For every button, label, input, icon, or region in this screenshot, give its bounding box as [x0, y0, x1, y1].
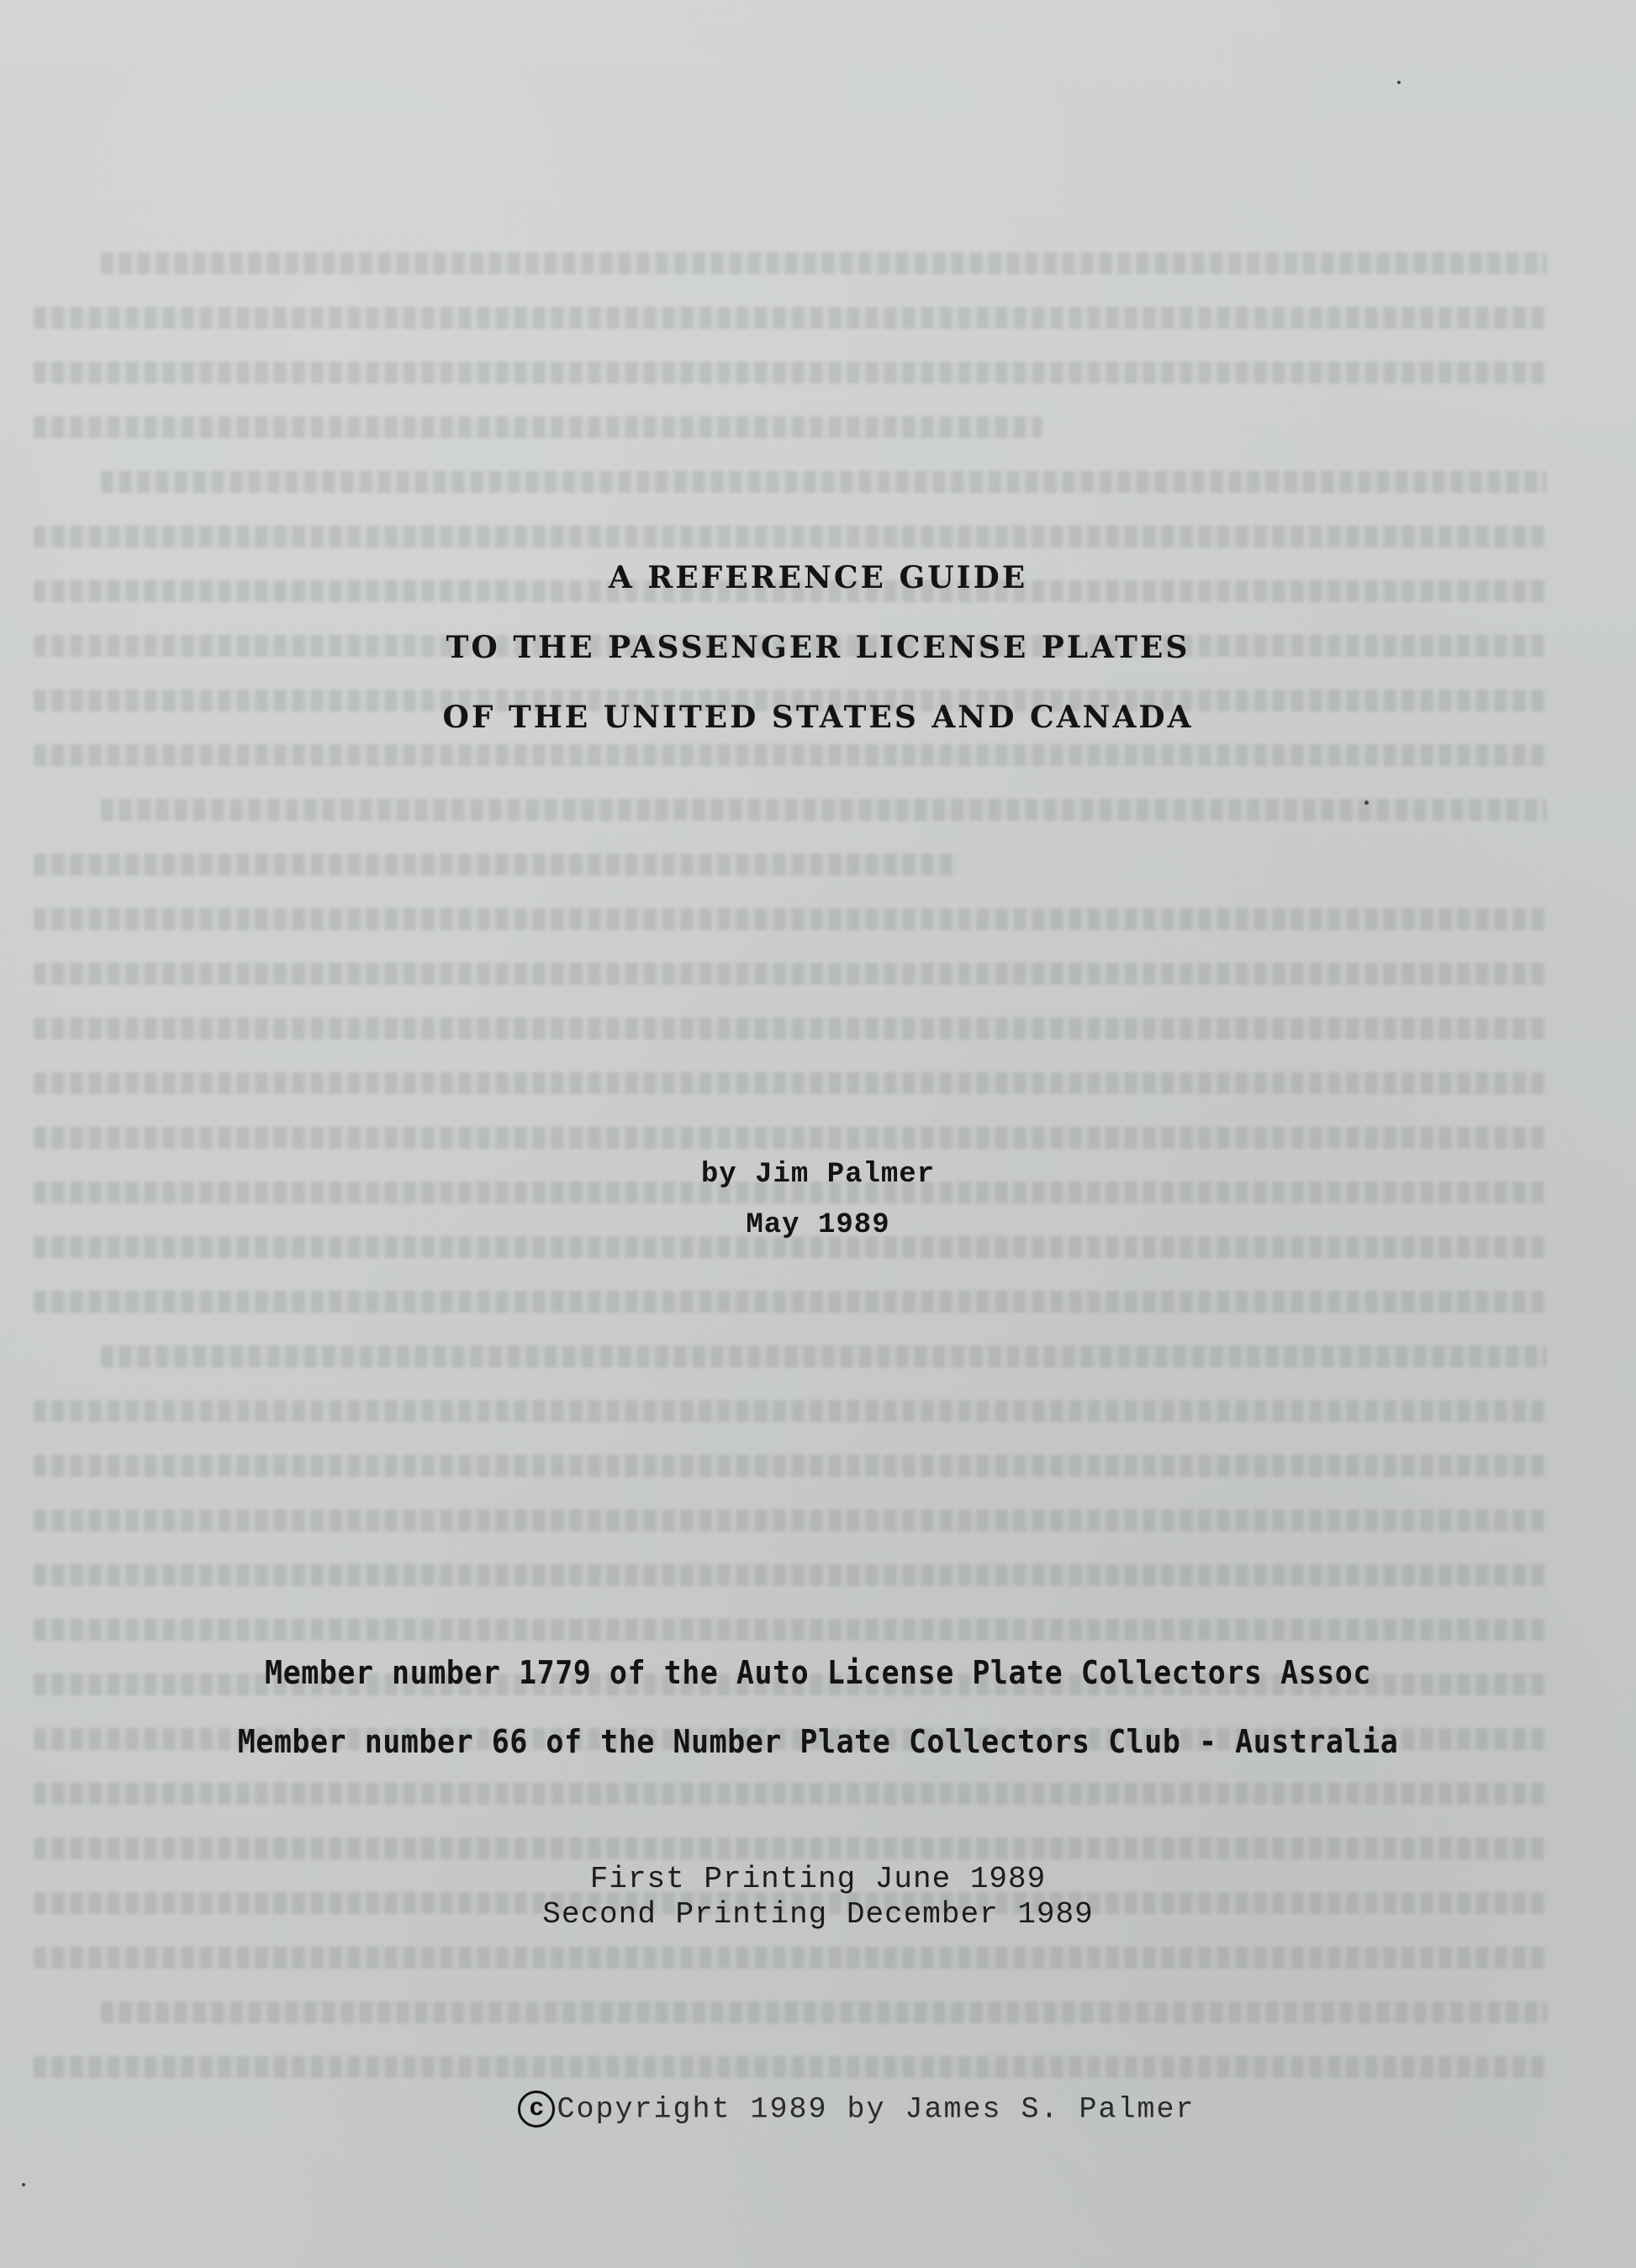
second-printing: Second Printing December 1989 — [0, 1897, 1636, 1932]
copyright-line: cCopyright 1989 by James S. Palmer — [0, 2057, 1636, 2161]
speck — [1364, 801, 1369, 805]
first-printing: First Printing June 1989 — [0, 1862, 1636, 1896]
copyright-icon: c — [518, 2091, 555, 2128]
publication-date: May 1989 — [0, 1209, 1636, 1241]
document-page: A REFERENCE GUIDE TO THE PASSENGER LICEN… — [0, 0, 1636, 2268]
byline: by Jim Palmer — [0, 1159, 1636, 1191]
speck — [22, 2183, 25, 2186]
membership-npcc: Member number 66 of the Number Plate Col… — [0, 1724, 1636, 1761]
title-line-3: OF THE UNITED STATES AND CANADA — [0, 700, 1636, 735]
speck — [1397, 81, 1401, 84]
membership-alpca: Member number 1779 of the Auto License P… — [0, 1655, 1636, 1692]
title-line-2: TO THE PASSENGER LICENSE PLATES — [0, 630, 1636, 665]
copyright-text: Copyright 1989 by James S. Palmer — [557, 2092, 1195, 2126]
title-line-1: A REFERENCE GUIDE — [0, 560, 1636, 595]
